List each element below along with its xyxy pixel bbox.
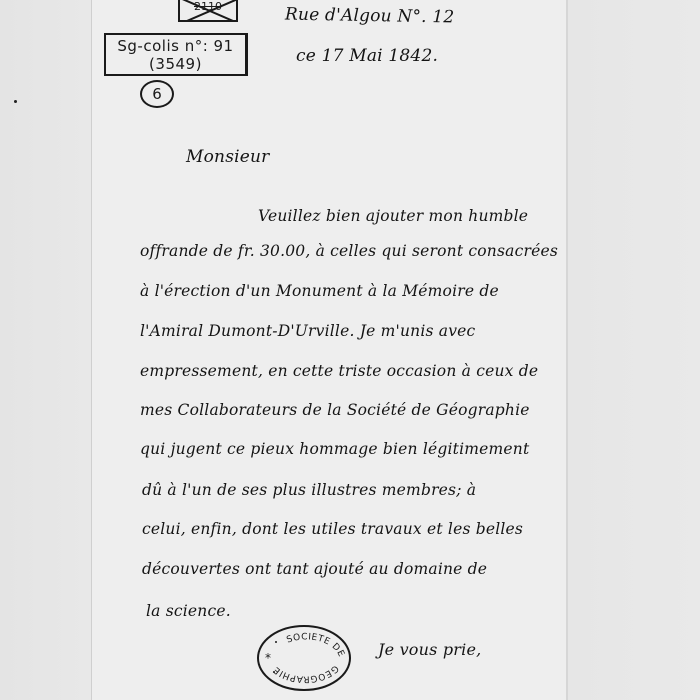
body-line-11: la science. — [146, 602, 231, 620]
page-edge-right — [566, 0, 568, 700]
societe-de-geographie-stamp: SOCIETE DE GEOGRAPHIE * — [256, 624, 352, 692]
closing-phrase: Je vous prie, — [378, 640, 481, 659]
body-line-8: dû à l'un de ses plus illustres membres;… — [142, 481, 476, 499]
stamp-star-icon: * — [265, 651, 271, 665]
sender-address: Rue d'Algou N°. 12 — [285, 5, 455, 28]
body-line-10: découvertes ont tant ajouté au domaine d… — [142, 560, 487, 578]
body-line-4: l'Amiral Dumont-D'Urville. Je m'unis ave… — [140, 322, 475, 340]
salutation: Monsieur — [186, 147, 270, 167]
reference-line-2: (3549) — [106, 55, 245, 73]
body-line-7: qui jugent ce pieux hommage bien légitim… — [140, 440, 529, 458]
body-line-6: mes Collaborateurs de la Société de Géog… — [140, 401, 530, 419]
circled-page-number: 6 — [140, 80, 174, 108]
svg-text:GEOGRAPHIE: GEOGRAPHIE — [272, 663, 340, 684]
archive-reference-box: Sg-colis n°: 91 (3549) — [104, 33, 248, 76]
body-line-1: Veuillez bien ajouter mon humble — [258, 207, 528, 225]
crossed-archive-number: 2110 — [178, 0, 238, 22]
body-line-5: empressement, en cette triste occasion à… — [140, 362, 538, 380]
body-line-2: offrande de fr. 30.00, à celles qui sero… — [140, 242, 558, 260]
body-line-3: à l'érection d'un Monument à la Mémoire … — [140, 282, 499, 300]
page-edge-left — [91, 0, 92, 700]
stamp-bottom-text: GEOGRAPHIE — [272, 663, 340, 684]
body-line-9: celui, enfin, dont les utiles travaux et… — [142, 520, 523, 538]
letter-date: ce 17 Mai 1842. — [296, 46, 438, 66]
dust-speck — [14, 100, 17, 103]
reference-line-1: Sg-colis n°: 91 — [117, 37, 233, 55]
